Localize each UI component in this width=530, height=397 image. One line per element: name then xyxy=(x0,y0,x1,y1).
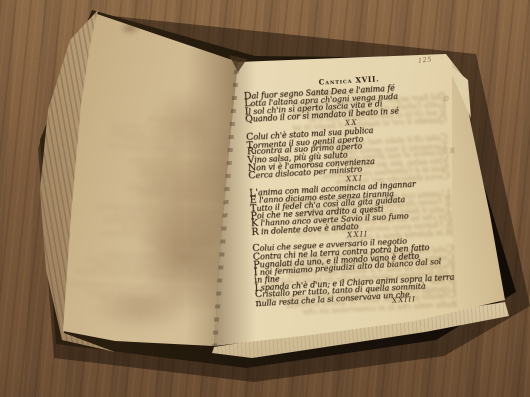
end-stanza-numeral: XXIII xyxy=(392,295,417,305)
margin-mark: R xyxy=(450,148,455,155)
manuscript-text-block: Cantica XVII.Dal fuor segno Santa Dea e … xyxy=(243,70,467,307)
folio-number: 125 xyxy=(418,55,433,65)
margin-mark: D xyxy=(444,96,449,103)
